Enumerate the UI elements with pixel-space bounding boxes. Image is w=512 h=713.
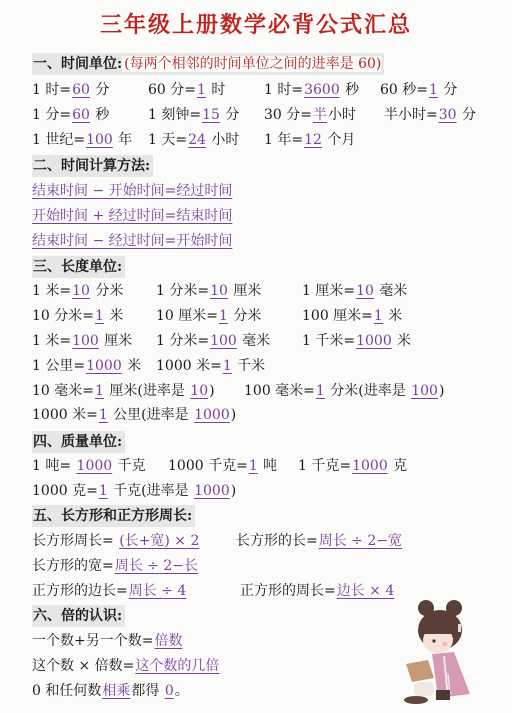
time-formula-3: 结束时间 − 经过时间=开始时间	[32, 231, 232, 251]
time-units-note: (每两个相邻的时间单位之间的进率是 60)	[122, 56, 381, 72]
section-heading-length-units: 三、长度单位:	[32, 256, 125, 278]
time-formula-1: 结束时间 − 开始时间=经过时间	[32, 181, 232, 201]
page-title: 三年级上册数学必背公式汇总	[0, 8, 512, 39]
section-heading-time-units: 一、时间单位:(每两个相邻的时间单位之间的进率是 60)	[32, 53, 384, 75]
section-heading-perimeter: 五、长方形和正方形周长:	[32, 505, 195, 527]
section-heading-mass-units: 四、质量单位:	[32, 431, 125, 453]
section-heading-time-calc: 二、时间计算方法:	[32, 155, 153, 177]
section-heading-multiples: 六、倍的认识:	[32, 605, 125, 627]
girl-reading-illustration-icon	[392, 598, 502, 710]
time-formula-2: 开始时间 + 经过时间=结束时间	[32, 206, 232, 226]
